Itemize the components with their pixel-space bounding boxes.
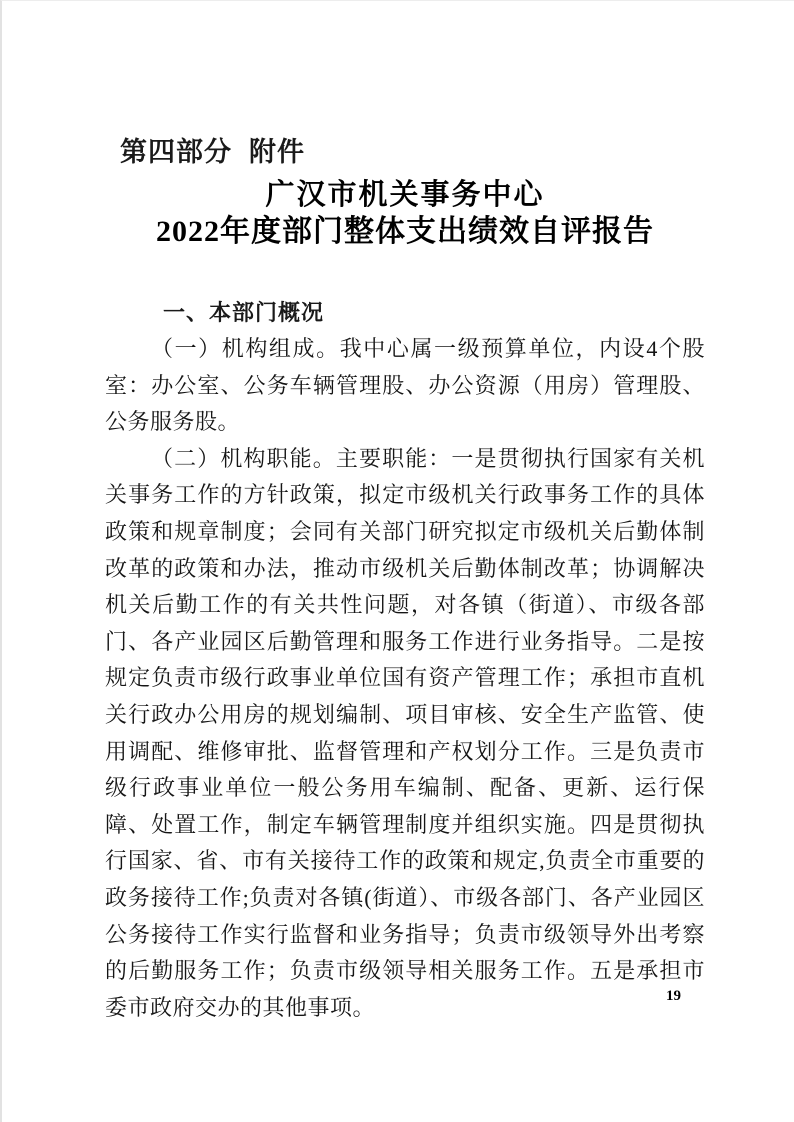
document-content: 第四部分 附件 广汉市机关事务中心 2022年度部门整体支出绩效自评报告 一、本… bbox=[105, 1, 705, 1026]
document-title-line2: 2022年度部门整体支出绩效自评报告 bbox=[105, 213, 705, 250]
document-page: 第四部分 附件 广汉市机关事务中心 2022年度部门整体支出绩效自评报告 一、本… bbox=[0, 0, 794, 1122]
section-heading: 一、本部门概况 bbox=[105, 294, 705, 331]
part-heading: 第四部分 附件 bbox=[120, 132, 705, 172]
paragraph-functions: （二）机构职能。主要职能：一是贯彻执行国家有关机关事务工作的方针政策，拟定市级机… bbox=[105, 441, 705, 1027]
paragraph-organization: （一）机构组成。我中心属一级预算单位，内设4个股室：办公室、公务车辆管理股、办公… bbox=[105, 331, 705, 441]
document-title-line1: 广汉市机关事务中心 bbox=[105, 178, 705, 213]
page-number: 19 bbox=[666, 988, 681, 1005]
